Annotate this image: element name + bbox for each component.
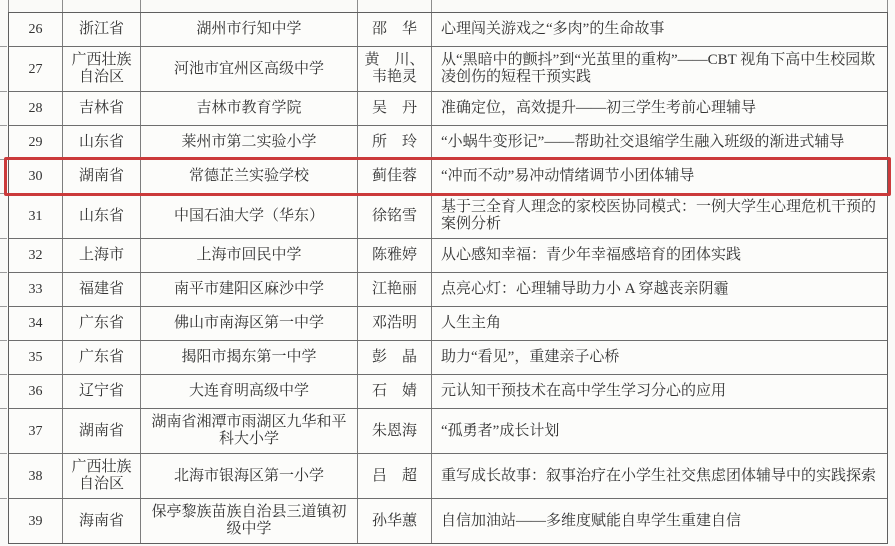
row-number-cell: 37 (9, 409, 63, 453)
province-cell: 山东省 (63, 126, 141, 159)
school-cell: 常德芷兰实验学校 (141, 160, 358, 193)
teacher-name-cell: 黄 川、 韦艳灵 (358, 47, 432, 91)
table-row: 36 辽宁省 大连育明高级中学 石 婧 元认知干预技术在高中学生学习分心的应用 (9, 375, 887, 409)
row-number-cell: 38 (9, 454, 63, 498)
teacher-name-cell: 孙华蕙 (358, 499, 432, 543)
row-number-cell: 32 (9, 239, 63, 272)
row-number-cell: 34 (9, 307, 63, 340)
teacher-name-cell: 江艳丽 (358, 273, 432, 306)
school-cell: 保亭黎族苗族自治县三道镇初 级中学 (141, 499, 358, 543)
province-cell: 湖南省 (63, 409, 141, 453)
province-cell: 浙江省 (63, 13, 141, 46)
row-number-cell: 30 (9, 160, 63, 193)
province-cell: 福建省 (63, 273, 141, 306)
teacher-name-cell: 吕 超 (358, 454, 432, 498)
table-row: 37 湖南省 湖南省湘潭市雨湖区九华和平 科大小学 朱恩海 “孤勇者”成长计划 (9, 409, 887, 454)
table-row: 39 海南省 保亭黎族苗族自治县三道镇初 级中学 孙华蕙 自信加油站——多维度赋… (9, 499, 887, 543)
province-cell: 广西壮族 自治区 (63, 454, 141, 498)
table-row: 38 广西壮族 自治区 北海市银海区第一小学 吕 超 重写成长故事：叙事治疗在小… (9, 454, 887, 499)
project-title-cell: “冲而不动”易冲动情绪调节小团体辅导 (432, 160, 887, 193)
school-cell: 佛山市南海区第一中学 (141, 307, 358, 340)
project-title-cell: 基于三全育人理念的家校医协同模式：一例大学生心理危机干预的案例分析 (432, 194, 887, 238)
school-cell: 大连育明高级中学 (141, 375, 358, 408)
province-cell: 广西壮族 自治区 (63, 47, 141, 91)
province-cell: 广东省 (63, 341, 141, 374)
table-row: 26 浙江省 湖州市行知中学 邵 华 心理闯关游戏之“多肉”的生命故事 (9, 13, 887, 47)
project-title-cell: 心理闯关游戏之“多肉”的生命故事 (432, 13, 887, 46)
school-cell: 中国石油大学（华东） (141, 194, 358, 238)
table-row: 35 广东省 揭阳市揭东第一中学 彭 晶 助力“看见”，重建亲子心桥 (9, 341, 887, 375)
project-title-cell: “孤勇者”成长计划 (432, 409, 887, 453)
row-number-cell: 31 (9, 194, 63, 238)
award-results-table: 26 浙江省 湖州市行知中学 邵 华 心理闯关游戏之“多肉”的生命故事 27 广… (8, 12, 888, 544)
province-cell: 山东省 (63, 194, 141, 238)
table-row-highlighted: 30 湖南省 常德芷兰实验学校 蓟佳蓉 “冲而不动”易冲动情绪调节小团体辅导 (9, 160, 887, 194)
project-title-cell: 从“黑暗中的颤抖”到“光茧里的重构”——CBT 视角下高中生校园欺凌创伤的短程干… (432, 47, 887, 91)
table-row: 34 广东省 佛山市南海区第一中学 邓浩明 人生主角 (9, 307, 887, 341)
project-title-cell: 点亮心灯：心理辅导助力小 A 穿越丧亲阴霾 (432, 273, 887, 306)
results-table-body: 26 浙江省 湖州市行知中学 邵 华 心理闯关游戏之“多肉”的生命故事 27 广… (9, 13, 887, 543)
table-row: 31 山东省 中国石油大学（华东） 徐铭雪 基于三全育人理念的家校医协同模式：一… (9, 194, 887, 239)
school-cell: 南平市建阳区麻沙中学 (141, 273, 358, 306)
school-cell: 湖南省湘潭市雨湖区九华和平 科大小学 (141, 409, 358, 453)
row-number-cell: 28 (9, 92, 63, 125)
teacher-name-cell: 彭 晶 (358, 341, 432, 374)
province-cell: 广东省 (63, 307, 141, 340)
edge-stub (140, 0, 141, 12)
project-title-cell: 自信加油站——多维度赋能自卑学生重建自信 (432, 499, 887, 543)
school-cell: 北海市银海区第一小学 (141, 454, 358, 498)
row-number-cell: 33 (9, 273, 63, 306)
province-cell: 上海市 (63, 239, 141, 272)
teacher-name-cell: 蓟佳蓉 (358, 160, 432, 193)
school-cell: 莱州市第二实验小学 (141, 126, 358, 159)
project-title-cell: 重写成长故事：叙事治疗在小学生社交焦虑团体辅导中的实践探索 (432, 454, 887, 498)
teacher-name-cell: 朱恩海 (358, 409, 432, 453)
province-cell: 辽宁省 (63, 375, 141, 408)
row-number-cell: 35 (9, 341, 63, 374)
school-cell: 揭阳市揭东第一中学 (141, 341, 358, 374)
table-row: 32 上海市 上海市回民中学 陈雅婷 从心感知幸福：青少年幸福感培育的团体实践 (9, 239, 887, 273)
project-title-cell: “小蜗牛变形记”——帮助社交退缩学生融入班级的渐进式辅导 (432, 126, 887, 159)
edge-stub (887, 0, 888, 12)
project-title-cell: 准确定位，高效提升——初三学生考前心理辅导 (432, 92, 887, 125)
row-number-cell: 27 (9, 47, 63, 91)
project-title-cell: 助力“看见”，重建亲子心桥 (432, 341, 887, 374)
school-cell: 湖州市行知中学 (141, 13, 358, 46)
table-row: 29 山东省 莱州市第二实验小学 所 玲 “小蜗牛变形记”——帮助社交退缩学生融… (9, 126, 887, 160)
teacher-name-cell: 邓浩明 (358, 307, 432, 340)
teacher-name-cell: 邵 华 (358, 13, 432, 46)
edge-stub (357, 0, 358, 12)
table-row: 27 广西壮族 自治区 河池市宜州区高级中学 黄 川、 韦艳灵 从“黑暗中的颤抖… (9, 47, 887, 92)
province-cell: 吉林省 (63, 92, 141, 125)
edge-stub (431, 0, 432, 12)
school-cell: 吉林市教育学院 (141, 92, 358, 125)
project-title-cell: 人生主角 (432, 307, 887, 340)
edge-stub (8, 0, 9, 12)
row-number-cell: 29 (9, 126, 63, 159)
teacher-name-cell: 石 婧 (358, 375, 432, 408)
teacher-name-cell: 所 玲 (358, 126, 432, 159)
project-title-cell: 元认知干预技术在高中学生学习分心的应用 (432, 375, 887, 408)
teacher-name-cell: 徐铭雪 (358, 194, 432, 238)
row-number-cell: 36 (9, 375, 63, 408)
table-row: 28 吉林省 吉林市教育学院 吴 丹 准确定位，高效提升——初三学生考前心理辅导 (9, 92, 887, 126)
teacher-name-cell: 吴 丹 (358, 92, 432, 125)
teacher-name-cell: 陈雅婷 (358, 239, 432, 272)
scanned-document-page: { "colors": { "highlight_red": "#cb3a3a"… (0, 0, 895, 546)
school-cell: 河池市宜州区高级中学 (141, 47, 358, 91)
school-cell: 上海市回民中学 (141, 239, 358, 272)
edge-stub (62, 0, 63, 12)
province-cell: 湖南省 (63, 160, 141, 193)
row-number-cell: 26 (9, 13, 63, 46)
project-title-cell: 从心感知幸福：青少年幸福感培育的团体实践 (432, 239, 887, 272)
province-cell: 海南省 (63, 499, 141, 543)
row-number-cell: 39 (9, 499, 63, 543)
table-row: 33 福建省 南平市建阳区麻沙中学 江艳丽 点亮心灯：心理辅导助力小 A 穿越丧… (9, 273, 887, 307)
